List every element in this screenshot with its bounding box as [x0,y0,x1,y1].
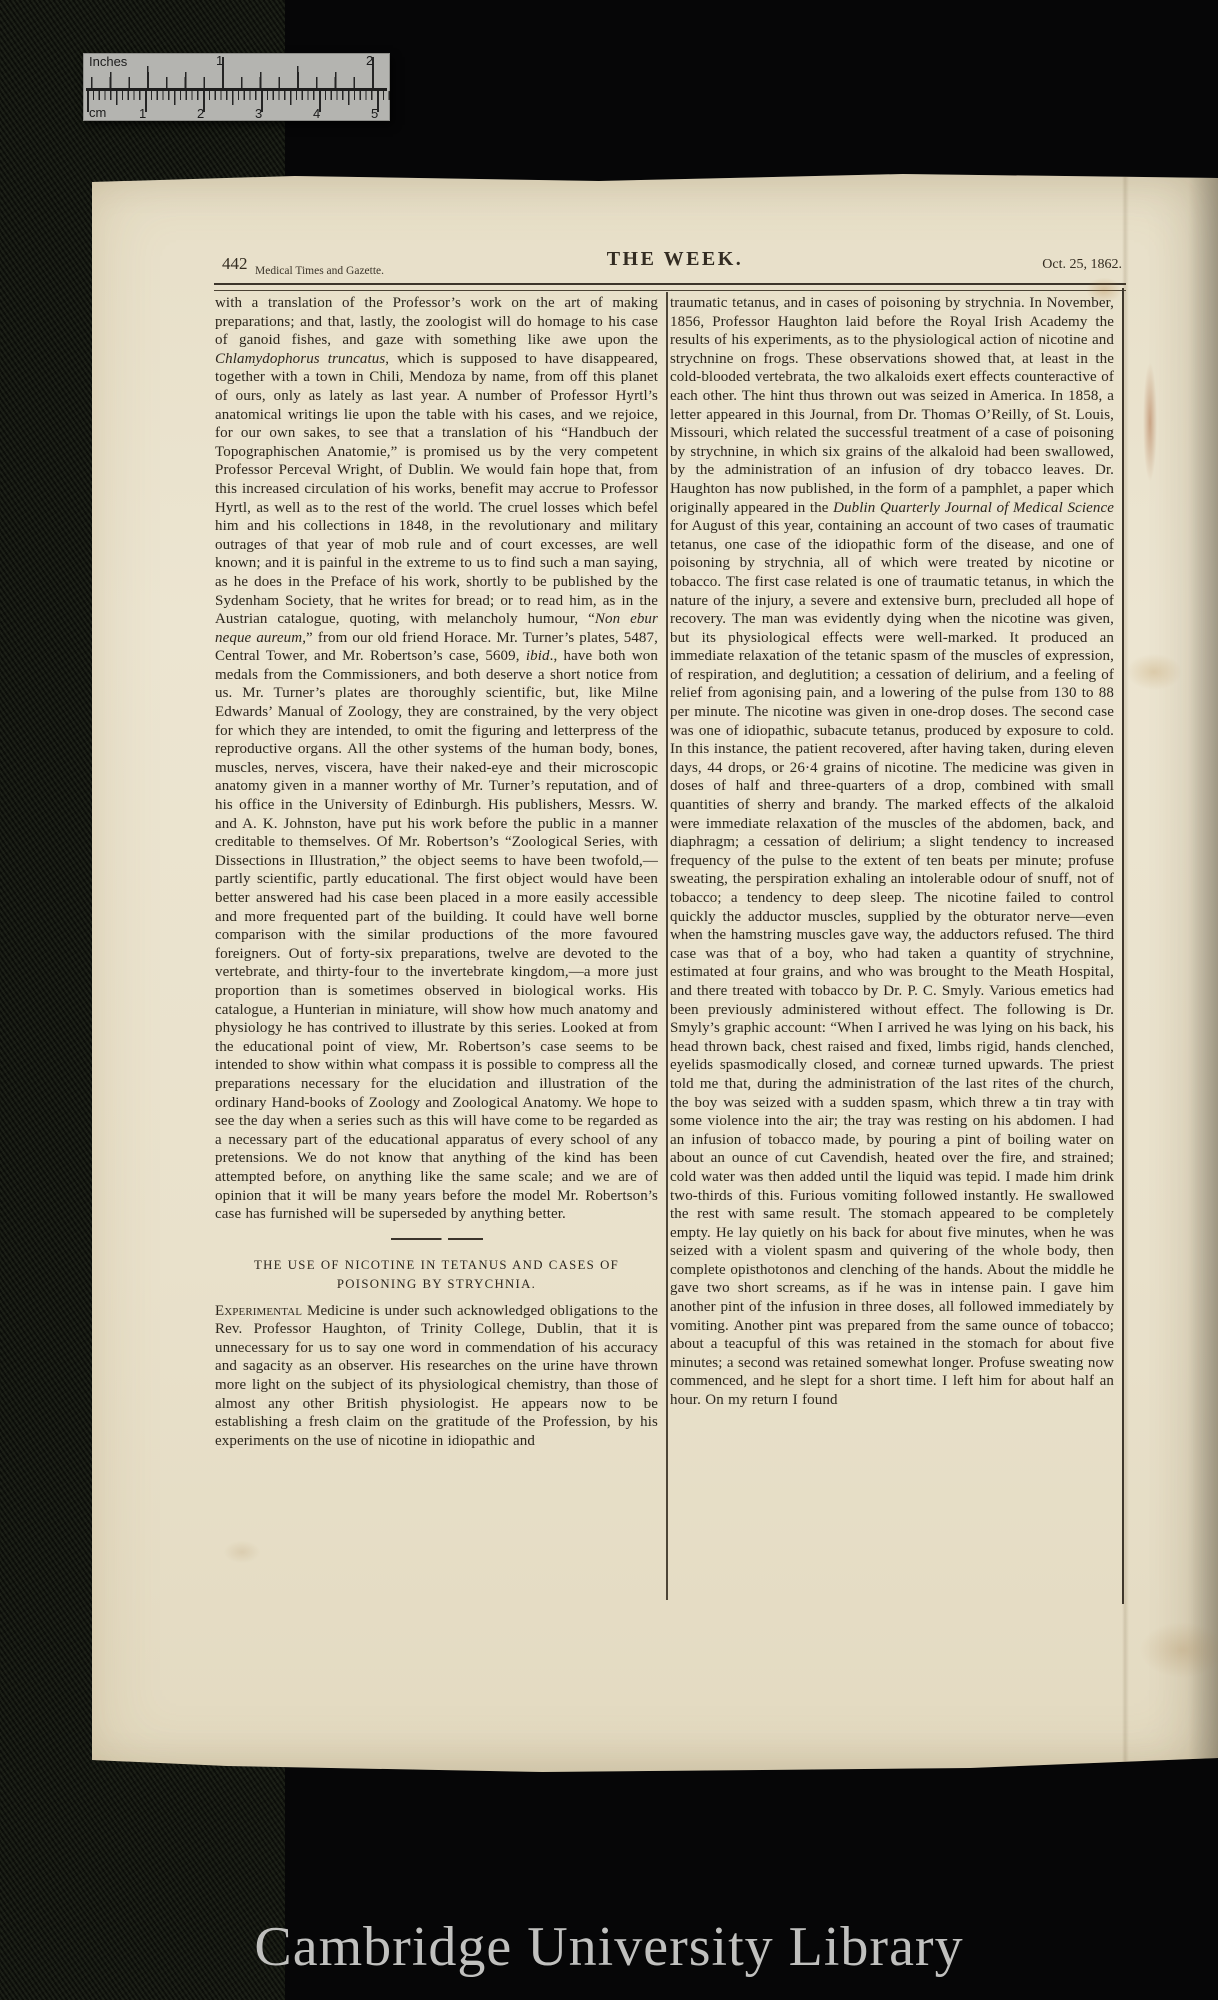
article-continued-paragraph: traumatic tetanus, and in cases of poiso… [670,294,1114,1410]
ruler-cm-mark-4: 4 [313,106,320,121]
column-divider-rule [666,292,668,1600]
ruler-inch-mark-1: 1 [216,53,223,68]
ruler-cm-mark-5: 5 [371,106,378,121]
article-divider-rule [391,1238,483,1240]
article-opening-paragraph: Experimental Medicine is under such ackn… [215,1302,658,1451]
page-title: THE WEEK. [220,248,1130,271]
header-double-rule [214,283,1126,291]
article-heading: THE USE OF NICOTINE IN TETANUS AND CASES… [221,1256,652,1294]
issue-date: Oct. 25, 1862. [1042,257,1122,273]
ruler-inch-mark-2: 2 [366,53,373,68]
library-watermark: Cambridge University Library [0,1903,1218,1993]
ruler-cm-mark-1: 1 [139,106,146,121]
right-column: traumatic tetanus, and in cases of poiso… [670,294,1114,1776]
ruler-inches-label: Inches [89,54,127,69]
ruler-cm-mark-2: 2 [197,106,204,121]
ruler-cm-scale: cm 1 2 3 4 5 [83,91,390,121]
scanned-page-photo: Inches 1 2 cm 1 2 3 4 5 442 Medical Time… [0,0,1218,2000]
left-column: with a translation of the Professor’s wo… [215,294,658,1786]
article-continuation-paragraph: with a translation of the Professor’s wo… [215,294,658,1224]
scale-ruler: Inches 1 2 cm 1 2 3 4 5 [83,53,390,121]
ruler-cm-mark-3: 3 [255,106,262,121]
journal-page: 442 Medical Times and Gazette. THE WEEK.… [92,172,1218,1774]
ruler-cm-label: cm [89,105,106,120]
page-edge-rule [1122,288,1124,1604]
ruler-inches-scale: Inches 1 2 [83,53,390,88]
